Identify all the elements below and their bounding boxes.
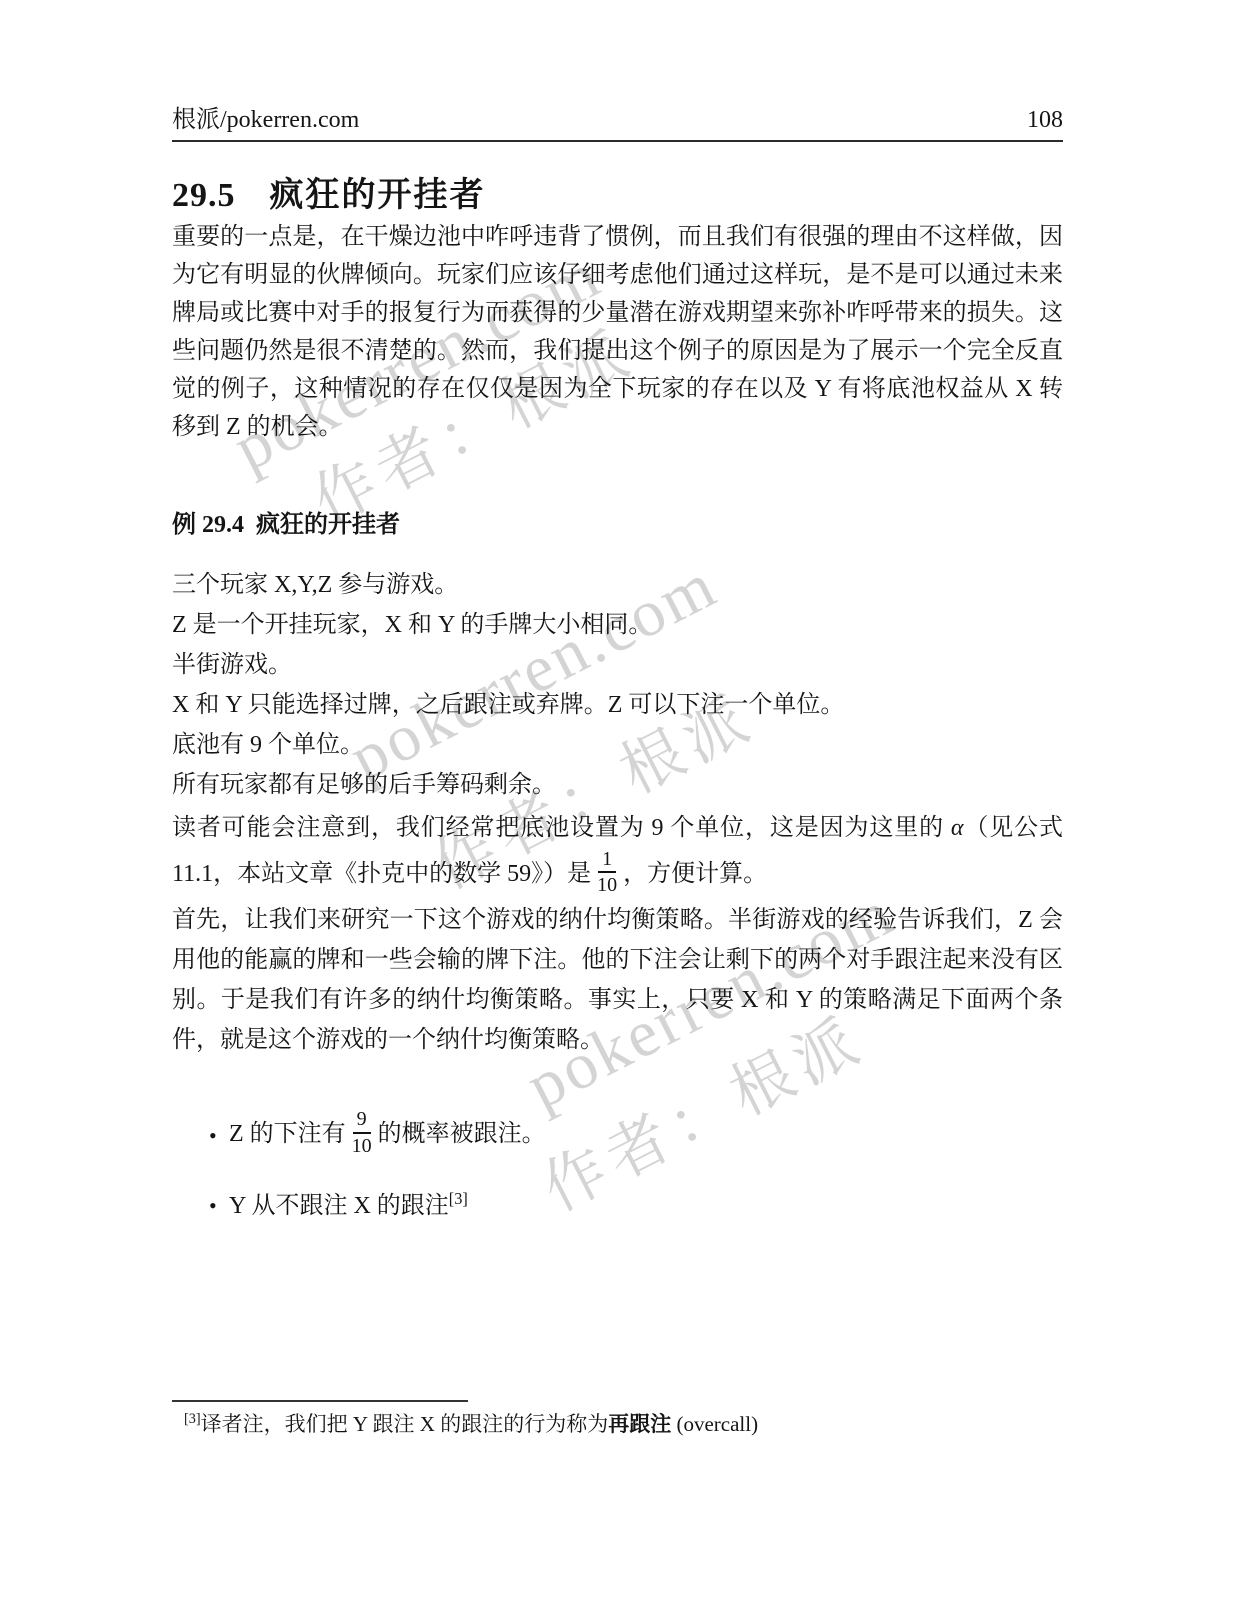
- example-line: 所有玩家都有足够的后手筹码剩余。: [172, 765, 1063, 805]
- bullet1-text: 的概率被跟注。: [378, 1121, 546, 1147]
- footnote-body: 译者注，我们把 Y 跟注 X 的跟注的行为称为: [201, 1412, 609, 1436]
- fraction-denominator: 10: [597, 873, 617, 896]
- example-line: X 和 Y 只能选择过牌，之后跟注或弃牌。Z 可以下注一个单位。: [172, 685, 1063, 725]
- example-heading: 例 29.4疯狂的开挂者: [172, 505, 1063, 545]
- footnote-reference: [3]: [449, 1189, 468, 1208]
- paragraph-alpha-note: 读者可能会注意到，我们经常把底池设置为 9 个单位，这是因为这里的 α（见公式 …: [172, 805, 1063, 900]
- example-label: 例 29.4: [172, 512, 244, 538]
- example-line: 半街游戏。: [172, 645, 1063, 685]
- footnote-marker: [3]: [184, 1411, 201, 1427]
- bullet-dot: •: [209, 1193, 229, 1219]
- fraction-denominator: 10: [352, 1134, 372, 1157]
- list-item: •Y 从不跟注 X 的跟注[3]: [172, 1186, 1063, 1226]
- bullet2-text: Y 从不跟注 X 的跟注: [229, 1193, 449, 1219]
- list-item-text: Y 从不跟注 X 的跟注[3]: [229, 1186, 468, 1226]
- header-site-label: 根派/pokerren.com: [172, 106, 359, 134]
- bullet1-text: Z 的下注有: [229, 1121, 346, 1147]
- list-item-text: Z 的下注有910的概率被跟注。: [229, 1111, 546, 1160]
- fraction-numerator: 1: [598, 848, 616, 873]
- example-title: 疯狂的开挂者: [256, 512, 400, 538]
- footnote-text: [3]译者注，我们把 Y 跟注 X 的跟注的行为称为再跟注 (overcall): [172, 1409, 1063, 1439]
- footnote-bold-term: 再跟注: [608, 1412, 671, 1436]
- footnote-rule: [172, 1400, 468, 1402]
- example-lines: 三个玩家 X,Y,Z 参与游戏。 Z 是一个开挂玩家，X 和 Y 的手牌大小相同…: [172, 565, 1063, 805]
- fraction-numerator: 9: [353, 1108, 371, 1133]
- document-page: pokerren.com 作者：根派 pokerren.com 作者：根派 po…: [0, 0, 1236, 1600]
- condition-list: •Z 的下注有910的概率被跟注。 •Y 从不跟注 X 的跟注[3]: [172, 1108, 1063, 1226]
- page-content: 根派/pokerren.com 108 29.5疯狂的开挂者 重要的一点是，在干…: [0, 0, 1236, 1226]
- fraction-nine-tenths: 910: [352, 1108, 372, 1157]
- list-item: •Z 的下注有910的概率被跟注。: [172, 1108, 1063, 1164]
- section-number: 29.5: [172, 174, 236, 218]
- paragraph-intro: 重要的一点是，在干燥边池中咋呼违背了惯例，而且我们有很强的理由不这样做，因为它有…: [172, 218, 1063, 446]
- example-line: 底池有 9 个单位。: [172, 725, 1063, 765]
- example-block: 例 29.4疯狂的开挂者 三个玩家 X,Y,Z 参与游戏。 Z 是一个开挂玩家，…: [172, 505, 1063, 805]
- page-number: 108: [1027, 106, 1063, 134]
- footnote-body: (overcall): [671, 1412, 758, 1436]
- para2-text: ，方便计算。: [623, 861, 767, 887]
- header-rule: [172, 140, 1063, 142]
- example-line: 三个玩家 X,Y,Z 参与游戏。: [172, 565, 1063, 605]
- para2-text: 读者可能会注意到，我们经常把底池设置为 9 个单位，这是因为这里的: [172, 815, 951, 841]
- paragraph-nash: 首先，让我们来研究一下这个游戏的纳什均衡策略。半街游戏的经验告诉我们，Z 会用他…: [172, 900, 1063, 1060]
- footnote-area: [3]译者注，我们把 Y 跟注 X 的跟注的行为称为再跟注 (overcall): [172, 1400, 1063, 1439]
- fraction-one-tenth: 110: [597, 848, 617, 897]
- running-header: 根派/pokerren.com 108: [172, 106, 1063, 134]
- section-title: 29.5疯狂的开挂者: [172, 174, 1063, 218]
- alpha-symbol: α: [951, 815, 964, 841]
- bullet-dot: •: [209, 1123, 229, 1149]
- example-line: Z 是一个开挂玩家，X 和 Y 的手牌大小相同。: [172, 605, 1063, 645]
- section-name: 疯狂的开挂者: [270, 174, 486, 218]
